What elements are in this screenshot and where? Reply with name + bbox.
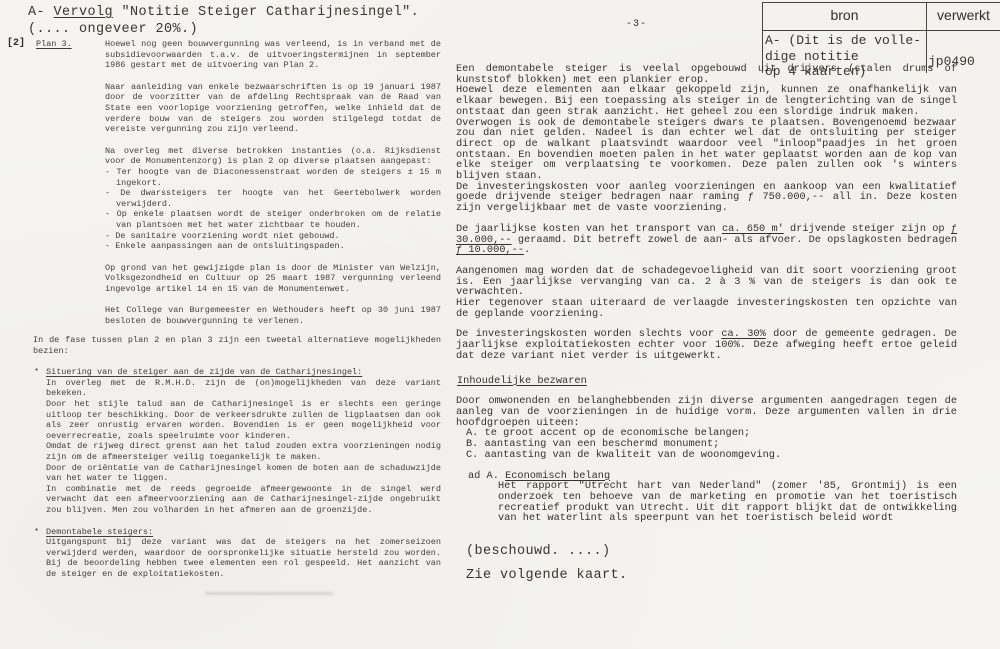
paragraph: Door omwonenden en belanghebbenden zijn … bbox=[456, 396, 957, 428]
dash-item: - Op enkele plaatsen wordt de steiger on… bbox=[105, 209, 441, 230]
paragraph: Het College van Burgemeester en Wethoude… bbox=[105, 305, 441, 326]
paragraph: In de fase tussen plan 2 en plan 3 zijn … bbox=[33, 335, 441, 356]
paragraph: Uitgangspunt bij deze variant was dat de… bbox=[46, 537, 441, 579]
dash-item: - Enkele aanpassingen aan de ontsluiting… bbox=[105, 241, 441, 252]
paragraph: Hier tegenover staan uiteraard de verlaa… bbox=[456, 298, 957, 319]
paragraph: Aangenomen mag worden dat de schadegevoe… bbox=[456, 266, 957, 298]
bullet-item: * Situering van de steiger aan de zijde … bbox=[33, 367, 441, 515]
right-main-column: Een demontabele steiger is veelal opgebo… bbox=[456, 64, 957, 524]
dash-item: - De dwarssteigers ter hoogte van het Ge… bbox=[105, 188, 441, 209]
paragraph: Hoewel deze elementen aan elkaar gekoppe… bbox=[456, 85, 957, 117]
paragraph: Na overleg met diverse betrokken instant… bbox=[105, 146, 441, 167]
scanned-document: A- Vervolg "Notitie Steiger Catharijnesi… bbox=[0, 0, 1000, 649]
paragraph: De investeringskosten worden slechts voo… bbox=[456, 329, 957, 361]
amendments-list: - Ter hoogte van de Diaconessenstraat wo… bbox=[105, 167, 441, 252]
paragraph: Omdat de rijweg direct grenst aan het ta… bbox=[46, 441, 441, 462]
paragraph: Een demontabele steiger is veelal opgebo… bbox=[456, 64, 957, 85]
table-note-line: dige notitie bbox=[765, 49, 921, 65]
asterisk-marker: * bbox=[34, 527, 39, 538]
paragraph: Het rapport "Utrecht hart van Nederland"… bbox=[498, 481, 957, 524]
annotation-footer: (beschouwd. ....) Zie volgende kaart. bbox=[466, 540, 628, 588]
bullet-title: Situering van de steiger aan de zijde va… bbox=[46, 367, 441, 378]
table-header-bron: bron bbox=[763, 7, 926, 23]
objection-item: C. aantasting van de kwaliteit van de wo… bbox=[466, 450, 957, 461]
table-header-verwerkt: verwerkt bbox=[926, 7, 1000, 23]
bullet-title: Demontabele steigers: bbox=[46, 527, 441, 538]
left-main-column: Hoewel nog geen bouwvergunning was verle… bbox=[105, 39, 441, 327]
asterisk-marker: * bbox=[34, 367, 39, 378]
right-card: -3- bron verwerkt A- (Dit is de volle- d… bbox=[440, 0, 1000, 649]
paragraph: Door de oriëntatie van de Catharijnesing… bbox=[46, 463, 441, 484]
paragraph: Door het stijle talud aan de Catharijnes… bbox=[46, 399, 441, 441]
annotation-header-line2: (.... ongeveer 20%.) bbox=[28, 21, 419, 38]
section-heading: Inhoudelijke bezwaren bbox=[457, 376, 957, 387]
table-note-line: A- (Dit is de volle- bbox=[765, 33, 921, 49]
paragraph: Naar aanleiding van enkele bezwaarschrif… bbox=[105, 82, 441, 135]
paragraph: In combinatie met de reeds gegroeide afm… bbox=[46, 484, 441, 516]
paragraph: De investeringskosten voor aanleg voorzi… bbox=[456, 182, 957, 214]
paragraph: Overwogen is ook de demontabele steigers… bbox=[456, 118, 957, 182]
annotation-header-line1: A- Vervolg "Notitie Steiger Catharijnesi… bbox=[28, 4, 419, 21]
dash-item: - Ter hoogte van de Diaconessenstraat wo… bbox=[105, 167, 441, 188]
margin-marker: [2] bbox=[7, 38, 25, 49]
plan-label: Plan 3. bbox=[36, 39, 72, 49]
left-wide-column: In de fase tussen plan 2 en plan 3 zijn … bbox=[33, 335, 441, 579]
paragraph: De jaarlijkse kosten van het transport v… bbox=[456, 224, 957, 256]
annotation-header: A- Vervolg "Notitie Steiger Catharijnesi… bbox=[28, 4, 419, 38]
bullet-item: * Demontabele steigers: Uitgangspunt bij… bbox=[33, 527, 441, 580]
left-card: A- Vervolg "Notitie Steiger Catharijnesi… bbox=[0, 0, 460, 649]
table-header-rule bbox=[763, 30, 1000, 31]
annotation-footer-line2: Zie volgende kaart. bbox=[466, 564, 628, 588]
paragraph: Hoewel nog geen bouwvergunning was verle… bbox=[105, 39, 441, 71]
ad-a-section: ad A. Economisch belang Het rapport "Utr… bbox=[456, 471, 957, 525]
annotation-footer-line1: (beschouwd. ....) bbox=[466, 540, 628, 564]
dash-item: - De sanitaire voorziening wordt niet ge… bbox=[105, 231, 441, 242]
scan-smudge bbox=[205, 592, 333, 595]
paragraph: Op grond van het gewijzigde plan is door… bbox=[105, 263, 441, 295]
page-number: -3- bbox=[626, 19, 647, 30]
paragraph: In overleg met de R.M.H.D. zijn de (on)m… bbox=[46, 378, 441, 399]
